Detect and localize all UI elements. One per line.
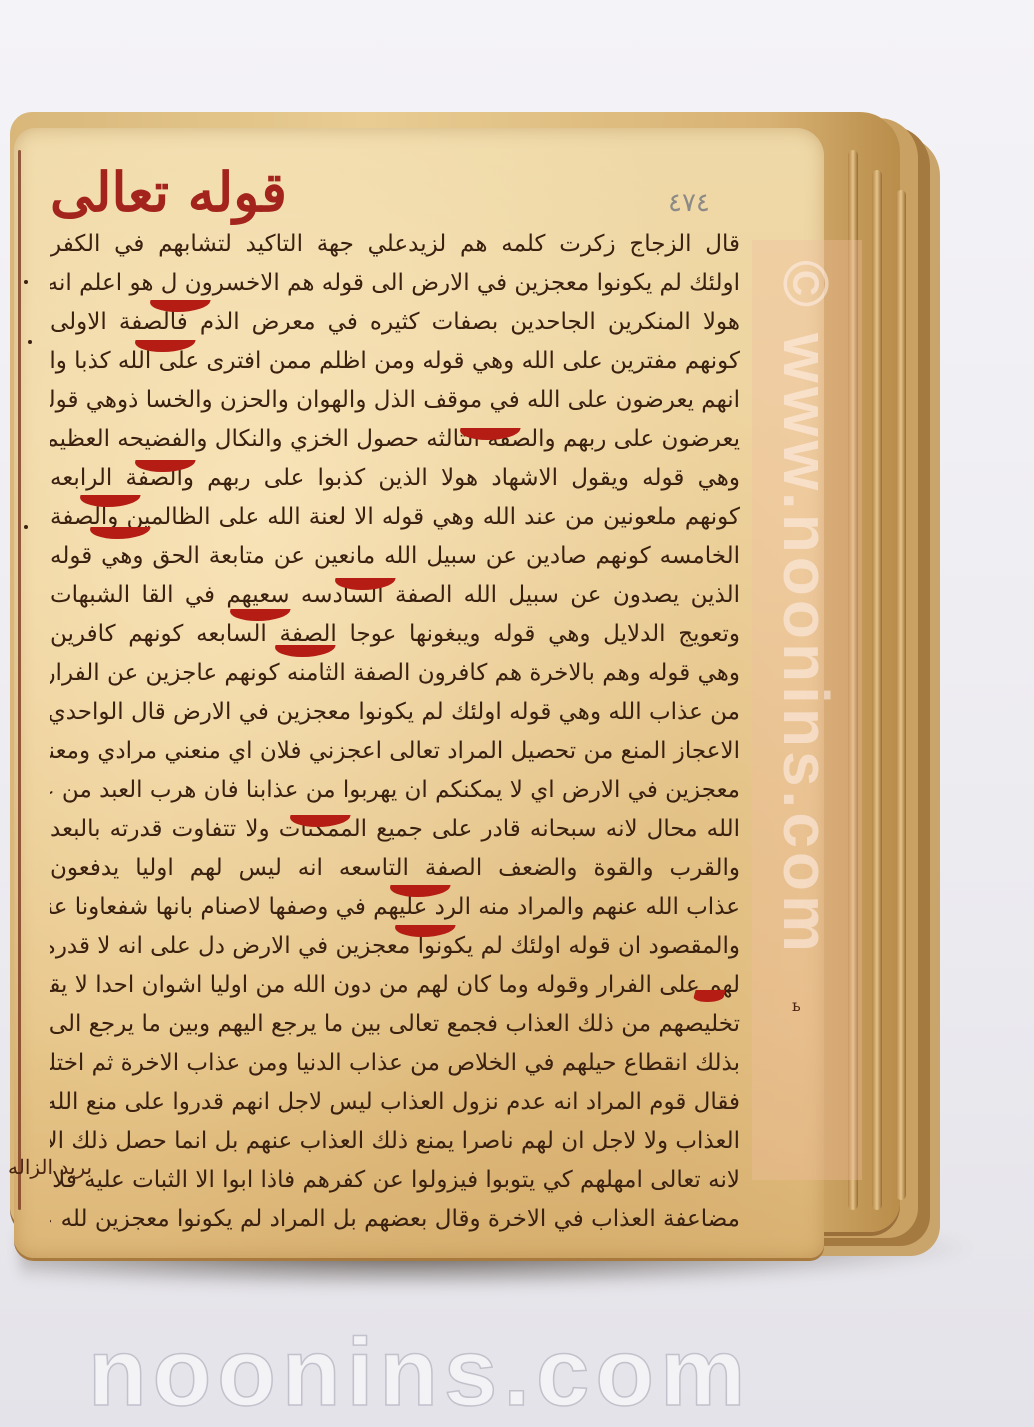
- text-line: معجزين في الارض اي لا يمكنكم ان يهربوا م…: [50, 771, 740, 810]
- text-line: والقرب والقوة والضعف الصفة التاسعه انه ل…: [50, 849, 740, 888]
- text-line: لانه تعالى امهلهم كي يتوبوا فيزولوا عن ك…: [50, 1161, 740, 1200]
- page-edge: [872, 170, 882, 1210]
- rubric-heading: قوله تعالى: [50, 160, 287, 224]
- text-line: مضاعفة العذاب في الاخرة وقال بعضهم بل ال…: [50, 1200, 740, 1239]
- binding-gutter: [18, 150, 21, 1210]
- text-line: قال الزجاج زكرت كلمه هم لزيدعلي جهة التا…: [50, 225, 740, 264]
- text-line: فقال قوم المراد انه عدم نزول العذاب ليس …: [50, 1083, 740, 1122]
- bottom-watermark: noonins.com: [88, 1318, 751, 1427]
- text-line: الذين يصدون عن سبيل الله الصفة السادسه س…: [50, 576, 740, 615]
- text-line: وهي قوله وهم بالاخرة هم كافرون الصفة الث…: [50, 654, 740, 693]
- vertical-watermark-band: © www.noonins.com: [752, 240, 862, 1180]
- text-line: هولا المنكرين الجاحدين بصفات كثيره في مع…: [50, 303, 740, 342]
- text-line: كونهم ملعونين من عند الله وهي قوله الا ل…: [50, 498, 740, 537]
- vertical-watermark-text: © www.noonins.com: [769, 260, 843, 956]
- text-line: لهم على الفرار وقوله وما كان لهم من دون …: [50, 966, 740, 1005]
- text-line: يعرضون على ربهم والصفة الثالثه حصول الخز…: [50, 420, 740, 459]
- text-line: اولئك لم يكونوا معجزين في الارض الى قوله…: [50, 264, 740, 303]
- margin-mark: ь: [792, 996, 801, 1015]
- text-line: تخليصهم من ذلك العذاب فجمع تعالى بين ما …: [50, 1005, 740, 1044]
- text-line: الخامسه كونهم صادين عن سبيل الله مانعين …: [50, 537, 740, 576]
- text-line: الاعجاز المنع من تحصيل المراد تعالى اعجز…: [50, 732, 740, 771]
- text-line: الله محال لانه سبحانه قادر على جميع المم…: [50, 810, 740, 849]
- text-line: انهم يعرضون على الله في موقف الذل والهوا…: [50, 381, 740, 420]
- manuscript-text: قال الزجاج زكرت كلمه هم لزيدعلي جهة التا…: [50, 225, 740, 1239]
- margin-dot: [24, 280, 28, 284]
- text-line: العذاب ولا لاجل ان لهم ناصرا يمنع ذلك ال…: [50, 1122, 740, 1161]
- text-line: عذاب الله عنهم والمراد منه الرد عليهم في…: [50, 888, 740, 927]
- text-line: والمقصود ان قوله اولئك لم يكونوا معجزين …: [50, 927, 740, 966]
- folio-number: ٤٧٤: [668, 188, 710, 218]
- text-line: من عذاب الله وهي قوله اولئك لم يكونوا مع…: [50, 693, 740, 732]
- text-line: وتعويج الدلايل وهي قوله ويبغونها عوجا ال…: [50, 615, 740, 654]
- text-line: بذلك انقطاع حيلهم في الخلاص من عذاب الدن…: [50, 1044, 740, 1083]
- margin-catchword: بريد الزاله: [8, 1155, 92, 1179]
- page-edge: [896, 190, 906, 1200]
- margin-dot: [24, 525, 28, 529]
- margin-dot: [28, 340, 32, 344]
